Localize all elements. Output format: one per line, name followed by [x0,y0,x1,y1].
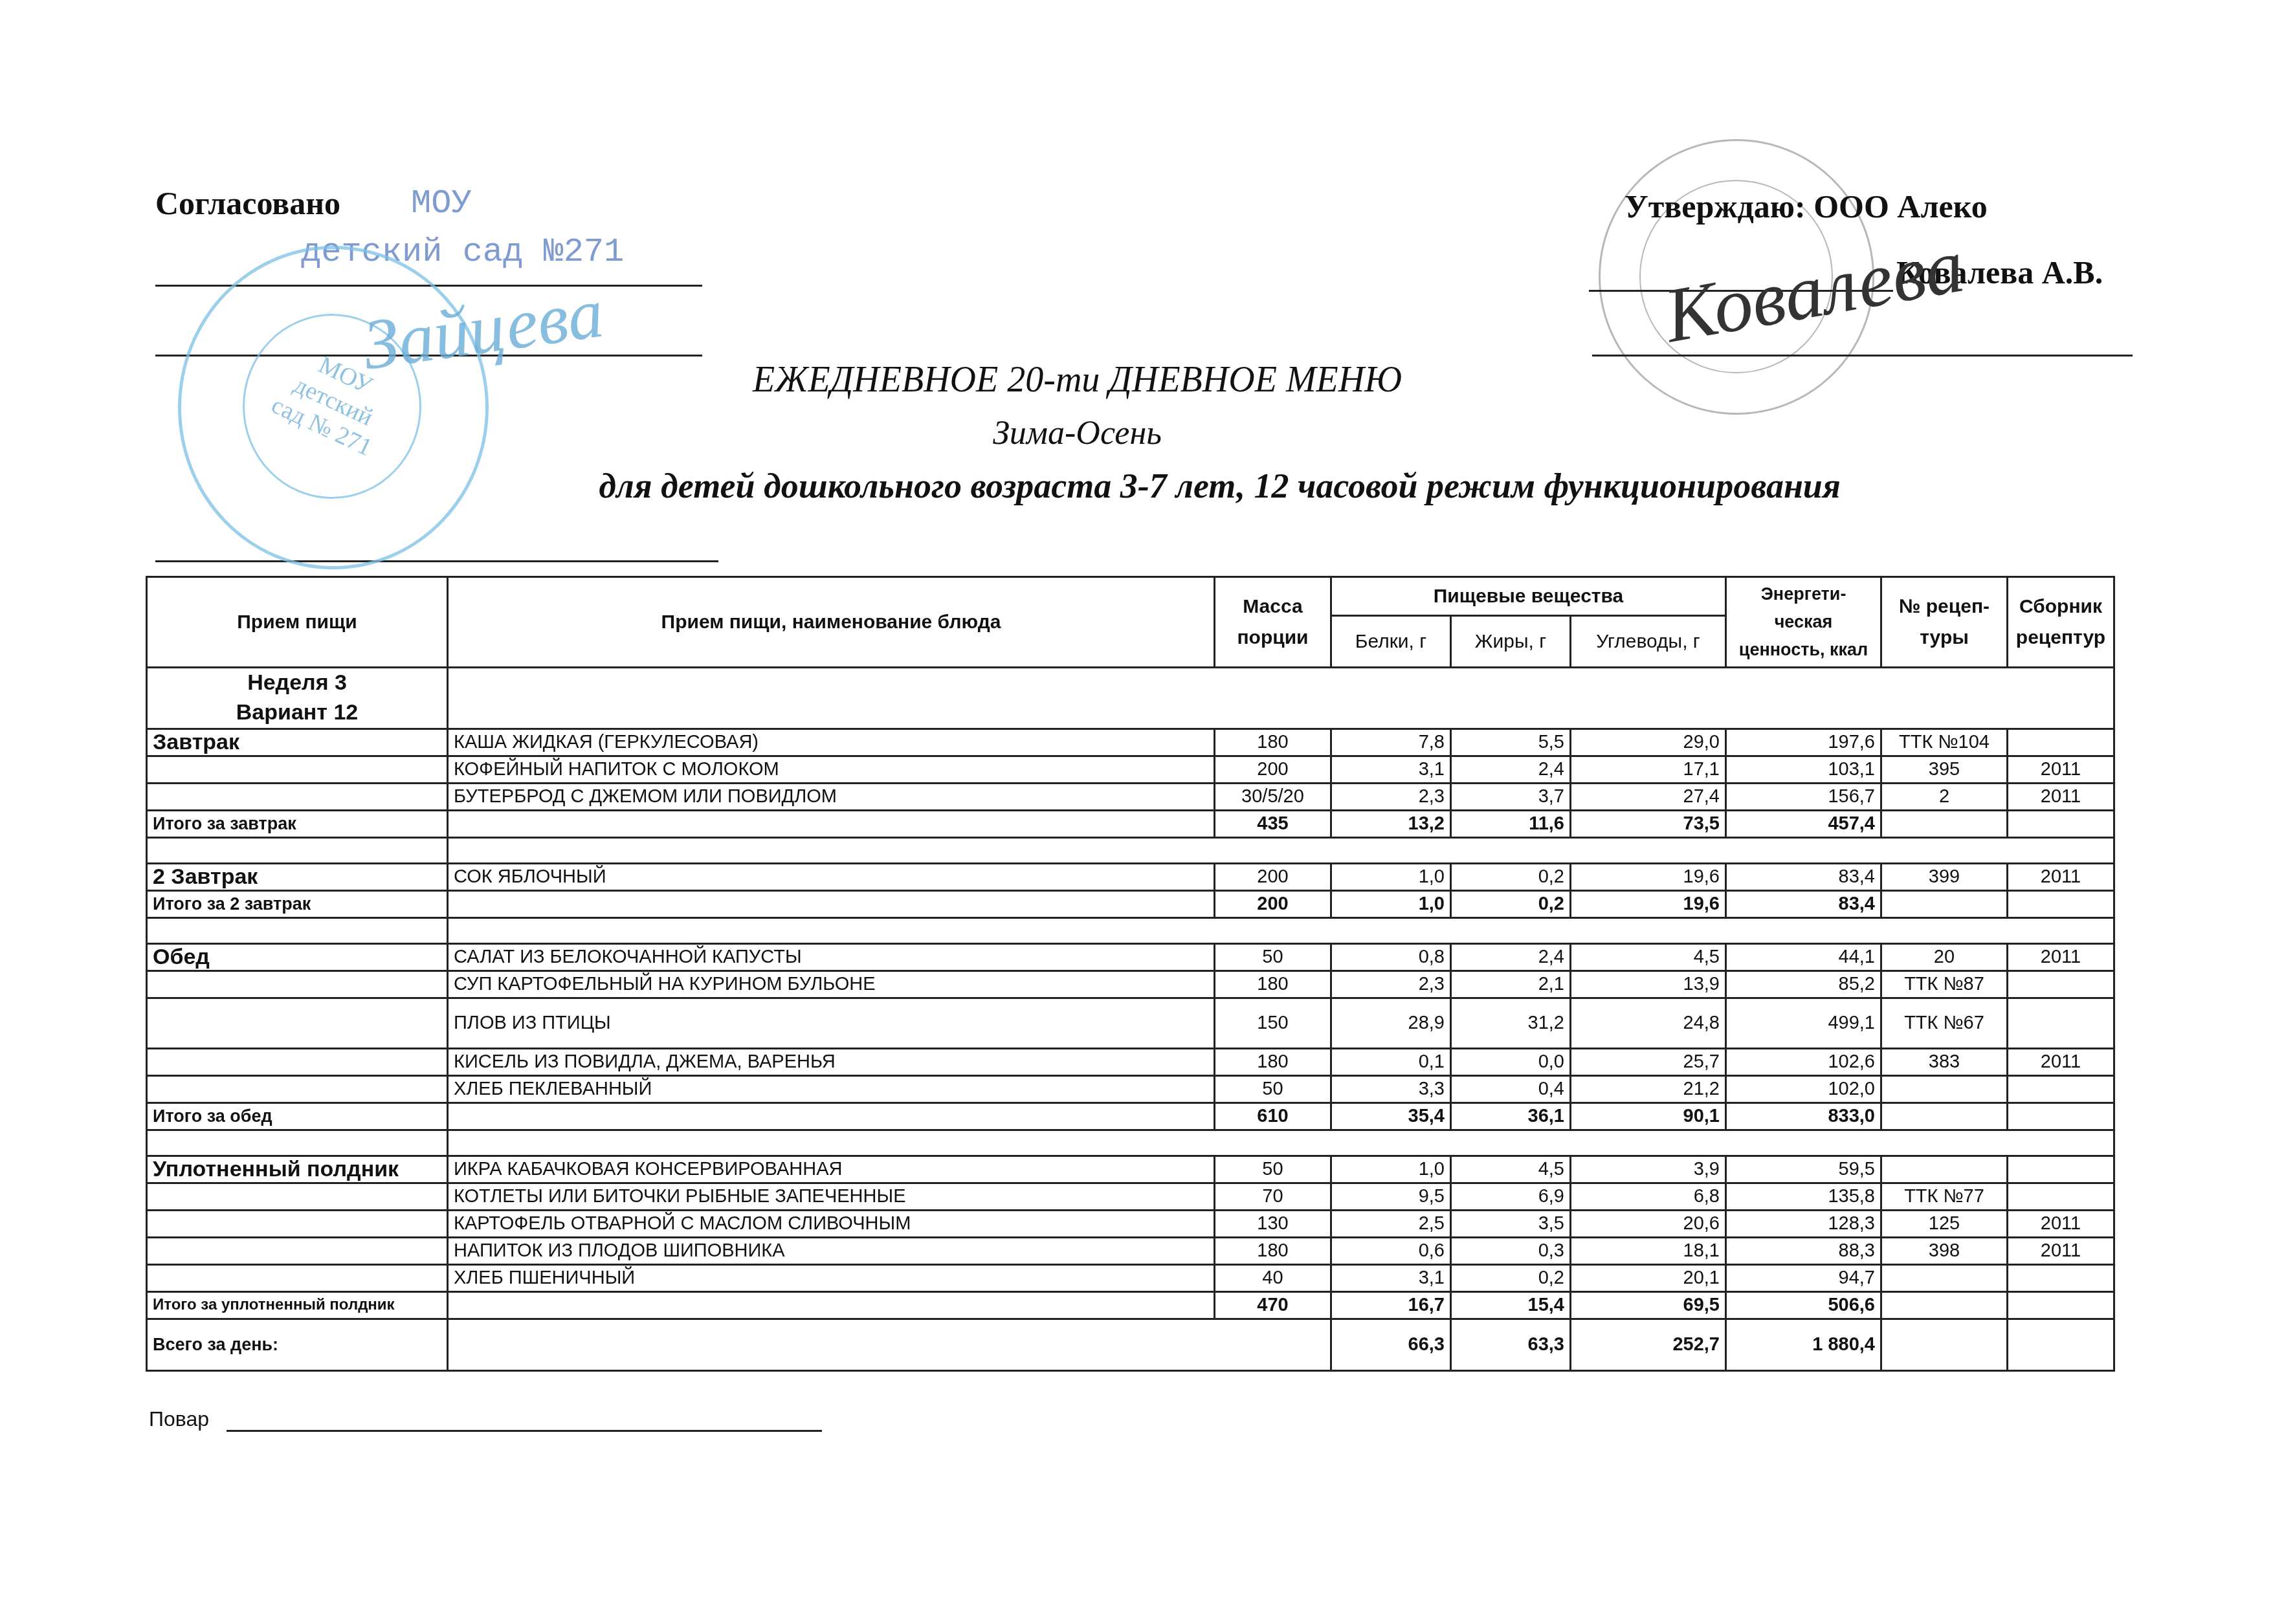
table-row: СУП КАРТОФЕЛЬНЫЙ НА КУРИНОМ БУЛЬОНЕ1802,… [147,971,2114,998]
dish-name: КОФЕЙНЫЙ НАПИТОК С МОЛОКОМ [448,756,1215,784]
total-label: Итого за обед [147,1103,448,1130]
protein-value: 3,3 [1331,1076,1451,1103]
total-dish-empty [448,1292,1215,1319]
meal-cell [147,1076,448,1103]
total-fat: 0,2 [1451,891,1571,918]
table-row: КОТЛЕТЫ ИЛИ БИТОЧКИ РЫБНЫЕ ЗАПЕЧЕННЫЕ709… [147,1183,2114,1211]
dish-name: СОК ЯБЛОЧНЫЙ [448,864,1215,891]
day-total-protein: 66,3 [1331,1319,1451,1371]
agreed-block: Согласовано МОУ детский сад №271 [155,184,340,222]
dish-name: ХЛЕБ ПЕКЛЕВАННЫЙ [448,1076,1215,1103]
total-carbs: 69,5 [1571,1292,1726,1319]
day-total-label: Всего за день: [147,1319,448,1371]
energy-value: 59,5 [1726,1156,1881,1183]
recipe-collection: 2011 [2008,784,2114,811]
day-total-collection-empty [2008,1319,2114,1371]
fat-value: 6,9 [1451,1183,1571,1211]
recipe-collection: 2011 [2008,864,2114,891]
fat-value: 0,3 [1451,1238,1571,1265]
table-row: ЗавтракКАША ЖИДКАЯ (ГЕРКУЛЕСОВАЯ)1807,85… [147,729,2114,756]
mass-value: 180 [1215,1049,1331,1076]
protein-value: 28,9 [1331,998,1451,1049]
fat-value: 5,5 [1451,729,1571,756]
week-label: Неделя 3 [153,668,441,698]
meal-cell [147,756,448,784]
recipe-collection: 2011 [2008,756,2114,784]
meal-cell [147,1211,448,1238]
total-collection-empty [2008,1292,2114,1319]
meal-cell: Уплотненный полдник [147,1156,448,1183]
carbs-value: 27,4 [1571,784,1726,811]
mass-value: 150 [1215,998,1331,1049]
mass-value: 200 [1215,864,1331,891]
mass-value: 50 [1215,944,1331,971]
carbs-value: 13,9 [1571,971,1726,998]
mass-value: 130 [1215,1211,1331,1238]
header-meal: Прием пищи [147,577,448,668]
total-mass: 610 [1215,1103,1331,1130]
total-carbs: 90,1 [1571,1103,1726,1130]
week-row: Неделя 3 Вариант 12 [147,668,2114,729]
protein-value: 1,0 [1331,864,1451,891]
dish-name: СУП КАРТОФЕЛЬНЫЙ НА КУРИНОМ БУЛЬОНЕ [448,971,1215,998]
total-fat: 15,4 [1451,1292,1571,1319]
carbs-value: 19,6 [1571,864,1726,891]
meal-cell: Обед [147,944,448,971]
recipe-number: 383 [1881,1049,2008,1076]
recipe-number [1881,1076,2008,1103]
recipe-collection: 2011 [2008,944,2114,971]
protein-value: 2,3 [1331,784,1451,811]
protein-value: 2,3 [1331,971,1451,998]
recipe-number: ТТК №104 [1881,729,2008,756]
recipe-number [1881,1265,2008,1292]
energy-value: 103,1 [1726,756,1881,784]
recipe-number: 2 [1881,784,2008,811]
recipe-collection [2008,1265,2114,1292]
header-protein: Белки, г [1331,616,1451,668]
total-recipe-empty [1881,811,2008,838]
recipe-number: ТТК №87 [1881,971,2008,998]
energy-value: 156,7 [1726,784,1881,811]
spacer-cell [147,918,448,944]
energy-value: 135,8 [1726,1183,1881,1211]
total-row: Итого за завтрак43513,211,673,5457,4 [147,811,2114,838]
total-row: Итого за уплотненный полдник47016,715,46… [147,1292,2114,1319]
day-total-energy: 1 880,4 [1726,1319,1881,1371]
energy-value: 94,7 [1726,1265,1881,1292]
total-energy: 833,0 [1726,1103,1881,1130]
mass-value: 40 [1215,1265,1331,1292]
spacer-cell [147,1130,448,1156]
spacer-cell [448,918,2114,944]
energy-value: 128,3 [1726,1211,1881,1238]
recipe-collection: 2011 [2008,1049,2114,1076]
mass-value: 70 [1215,1183,1331,1211]
fat-value: 0,0 [1451,1049,1571,1076]
table-row: НАПИТОК ИЗ ПЛОДОВ ШИПОВНИКА1800,60,318,1… [147,1238,2114,1265]
total-energy: 457,4 [1726,811,1881,838]
total-protein: 16,7 [1331,1292,1451,1319]
mass-value: 30/5/20 [1215,784,1331,811]
fat-value: 0,4 [1451,1076,1571,1103]
dish-name: БУТЕРБРОД С ДЖЕМОМ ИЛИ ПОВИДЛОМ [448,784,1215,811]
carbs-value: 20,6 [1571,1211,1726,1238]
meal-cell [147,1238,448,1265]
mass-value: 180 [1215,729,1331,756]
header-collection: Сборник рецептур [2008,577,2114,668]
dish-name: КОТЛЕТЫ ИЛИ БИТОЧКИ РЫБНЫЕ ЗАПЕЧЕННЫЕ [448,1183,1215,1211]
fat-value: 4,5 [1451,1156,1571,1183]
recipe-collection [2008,1183,2114,1211]
header-recipe-no: № рецеп-туры [1881,577,2008,668]
total-collection-empty [2008,1103,2114,1130]
agreed-org-line1: МОУ [411,184,472,223]
total-recipe-empty [1881,891,2008,918]
mass-value: 50 [1215,1156,1331,1183]
total-dish-empty [448,1103,1215,1130]
fat-value: 3,7 [1451,784,1571,811]
total-fat: 11,6 [1451,811,1571,838]
variant-label: Вариант 12 [153,698,441,728]
total-collection-empty [2008,891,2114,918]
meal-cell: Завтрак [147,729,448,756]
title-line-3: для детей дошкольного возраста 3-7 лет, … [78,466,2284,506]
carbs-value: 21,2 [1571,1076,1726,1103]
total-carbs: 19,6 [1571,891,1726,918]
energy-value: 197,6 [1726,729,1881,756]
cook-label: Повар [149,1407,209,1431]
table-row: Уплотненный полдникИКРА КАБАЧКОВАЯ КОНСЕ… [147,1156,2114,1183]
total-label: Итого за 2 завтрак [147,891,448,918]
total-collection-empty [2008,811,2114,838]
total-row: Итого за обед61035,436,190,1833,0 [147,1103,2114,1130]
total-protein: 13,2 [1331,811,1451,838]
header-dish: Прием пищи, наименование блюда [448,577,1215,668]
header-fat: Жиры, г [1451,616,1571,668]
carbs-value: 6,8 [1571,1183,1726,1211]
recipe-collection: 2011 [2008,1238,2114,1265]
spacer-row [147,918,2114,944]
total-dish-empty [448,891,1215,918]
total-protein: 1,0 [1331,891,1451,918]
protein-value: 3,1 [1331,756,1451,784]
spacer-cell [448,1130,2114,1156]
table-row: 2 ЗавтракСОК ЯБЛОЧНЫЙ2001,00,219,683,439… [147,864,2114,891]
dish-name: КАША ЖИДКАЯ (ГЕРКУЛЕСОВАЯ) [448,729,1215,756]
approve-label: Утверждаю: ООО Алеко [1624,188,1988,225]
carbs-value: 18,1 [1571,1238,1726,1265]
header-carbs: Углеводы, г [1571,616,1726,668]
fat-value: 2,4 [1451,944,1571,971]
total-dish-empty [448,811,1215,838]
table-row: ХЛЕБ ПШЕНИЧНЫЙ403,10,220,194,7 [147,1265,2114,1292]
mass-value: 180 [1215,971,1331,998]
energy-value: 83,4 [1726,864,1881,891]
menu-table: Прием пищи Прием пищи, наименование блюд… [146,576,2115,1372]
total-fat: 36,1 [1451,1103,1571,1130]
day-total-carbs: 252,7 [1571,1319,1726,1371]
total-mass: 435 [1215,811,1331,838]
energy-value: 85,2 [1726,971,1881,998]
recipe-number: 399 [1881,864,2008,891]
protein-value: 9,5 [1331,1183,1451,1211]
fat-value: 0,2 [1451,864,1571,891]
dish-name: КИСЕЛЬ ИЗ ПОВИДЛА, ДЖЕМА, ВАРЕНЬЯ [448,1049,1215,1076]
mass-value: 200 [1215,756,1331,784]
protein-value: 7,8 [1331,729,1451,756]
total-energy: 506,6 [1726,1292,1881,1319]
total-recipe-empty [1881,1292,2008,1319]
recipe-number [1881,1156,2008,1183]
fat-value: 2,4 [1451,756,1571,784]
fat-value: 2,1 [1451,971,1571,998]
total-energy: 83,4 [1726,891,1881,918]
energy-value: 102,0 [1726,1076,1881,1103]
agreed-label: Согласовано [155,185,340,221]
carbs-value: 25,7 [1571,1049,1726,1076]
dish-name: ХЛЕБ ПШЕНИЧНЫЙ [448,1265,1215,1292]
cook-signature-line [227,1430,822,1432]
total-mass: 470 [1215,1292,1331,1319]
dish-name: САЛАТ ИЗ БЕЛОКОЧАННОЙ КАПУСТЫ [448,944,1215,971]
day-total-row: Всего за день:66,363,3252,71 880,4 [147,1319,2114,1371]
title-line-2: Зима-Осень [0,414,2219,452]
title-line-1: ЕЖЕДНЕВНОЕ 20-ти ДНЕВНОЕ МЕНЮ [0,359,2219,401]
recipe-collection [2008,729,2114,756]
table-row: КАРТОФЕЛЬ ОТВАРНОЙ С МАСЛОМ СЛИВОЧНЫМ130… [147,1211,2114,1238]
fat-value: 3,5 [1451,1211,1571,1238]
meal-cell [147,784,448,811]
header-mass: Масса порции [1215,577,1331,668]
meal-cell [147,1049,448,1076]
day-total-empty [448,1319,1331,1371]
carbs-value: 4,5 [1571,944,1726,971]
table-row: БУТЕРБРОД С ДЖЕМОМ ИЛИ ПОВИДЛОМ30/5/202,… [147,784,2114,811]
energy-value: 44,1 [1726,944,1881,971]
recipe-number: 125 [1881,1211,2008,1238]
mass-value: 50 [1215,1076,1331,1103]
table-row: КИСЕЛЬ ИЗ ПОВИДЛА, ДЖЕМА, ВАРЕНЬЯ1800,10… [147,1049,2114,1076]
protein-value: 0,1 [1331,1049,1451,1076]
dish-name: ПЛОВ ИЗ ПТИЦЫ [448,998,1215,1049]
meal-cell [147,998,448,1049]
meal-cell [147,1265,448,1292]
header-energy: Энергети-ческая ценность, ккал [1726,577,1881,668]
fat-value: 0,2 [1451,1265,1571,1292]
table-row: КОФЕЙНЫЙ НАПИТОК С МОЛОКОМ2003,12,417,11… [147,756,2114,784]
energy-value: 102,6 [1726,1049,1881,1076]
recipe-number: 20 [1881,944,2008,971]
protein-value: 3,1 [1331,1265,1451,1292]
spacer-row [147,838,2114,864]
recipe-collection [2008,1076,2114,1103]
recipe-number: ТТК №67 [1881,998,2008,1049]
carbs-value: 17,1 [1571,756,1726,784]
energy-value: 499,1 [1726,998,1881,1049]
total-label: Итого за завтрак [147,811,448,838]
energy-value: 88,3 [1726,1238,1881,1265]
recipe-collection [2008,971,2114,998]
total-recipe-empty [1881,1103,2008,1130]
carbs-value: 3,9 [1571,1156,1726,1183]
protein-value: 2,5 [1331,1211,1451,1238]
recipe-collection: 2011 [2008,1211,2114,1238]
meal-cell: 2 Завтрак [147,864,448,891]
header-nutrients: Пищевые вещества [1331,577,1726,616]
table-row: ХЛЕБ ПЕКЛЕВАННЫЙ503,30,421,2102,0 [147,1076,2114,1103]
meal-cell [147,971,448,998]
carbs-value: 20,1 [1571,1265,1726,1292]
day-total-fat: 63,3 [1451,1319,1571,1371]
spacer-cell [448,838,2114,864]
protein-value: 0,8 [1331,944,1451,971]
carbs-value: 24,8 [1571,998,1726,1049]
mass-value: 180 [1215,1238,1331,1265]
agreed-signature-line-3 [155,560,718,562]
protein-value: 0,6 [1331,1238,1451,1265]
total-row: Итого за 2 завтрак2001,00,219,683,4 [147,891,2114,918]
recipe-number: 395 [1881,756,2008,784]
table-row: ПЛОВ ИЗ ПТИЦЫ15028,931,224,8499,1ТТК №67 [147,998,2114,1049]
dish-name: ИКРА КАБАЧКОВАЯ КОНСЕРВИРОВАННАЯ [448,1156,1215,1183]
dish-name: КАРТОФЕЛЬ ОТВАРНОЙ С МАСЛОМ СЛИВОЧНЫМ [448,1211,1215,1238]
recipe-collection [2008,1156,2114,1183]
spacer-row [147,1130,2114,1156]
total-protein: 35,4 [1331,1103,1451,1130]
total-label: Итого за уплотненный полдник [147,1292,448,1319]
spacer-cell [147,838,448,864]
dish-name: НАПИТОК ИЗ ПЛОДОВ ШИПОВНИКА [448,1238,1215,1265]
total-mass: 200 [1215,891,1331,918]
week-cell: Неделя 3 Вариант 12 [147,668,448,729]
meal-cell [147,1183,448,1211]
recipe-collection [2008,998,2114,1049]
table-row: ОбедСАЛАТ ИЗ БЕЛОКОЧАННОЙ КАПУСТЫ500,82,… [147,944,2114,971]
recipe-number: ТТК №77 [1881,1183,2008,1211]
recipe-number: 398 [1881,1238,2008,1265]
day-total-recipe-empty [1881,1319,2008,1371]
fat-value: 31,2 [1451,998,1571,1049]
total-carbs: 73,5 [1571,811,1726,838]
protein-value: 1,0 [1331,1156,1451,1183]
carbs-value: 29,0 [1571,729,1726,756]
